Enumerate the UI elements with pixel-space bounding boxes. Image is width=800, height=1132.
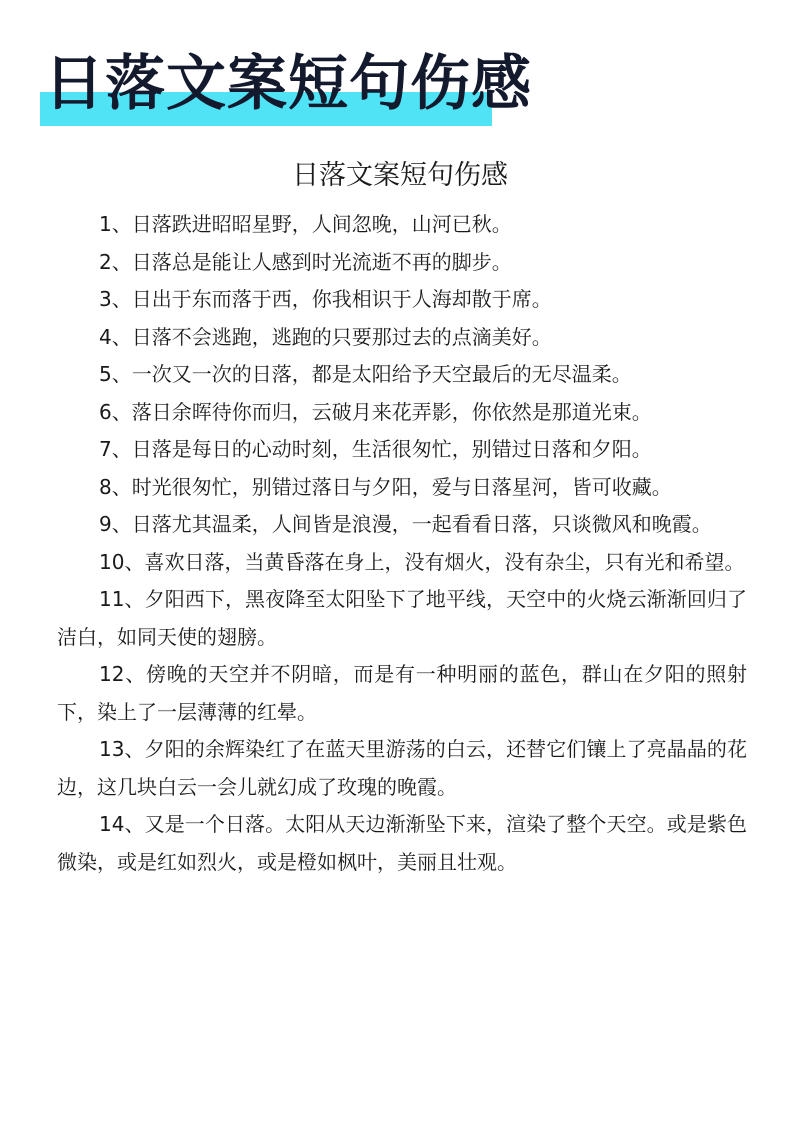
document-title: 日落文案短句伤感	[0, 158, 800, 194]
list-item: 9、日落尤其温柔，人间皆是浪漫，一起看看日落，只谈微风和晚霞。	[57, 506, 747, 544]
list-item: 2、日落总是能让人感到时光流逝不再的脚步。	[57, 244, 747, 282]
banner-title: 日落文案短句伤感	[44, 46, 532, 122]
title-banner: 日落文案短句伤感	[0, 38, 520, 138]
list-item: 5、一次又一次的日落，都是太阳给予天空最后的无尽温柔。	[57, 356, 747, 394]
list-item: 11、夕阳西下，黑夜降至太阳坠下了地平线，天空中的火烧云渐渐回归了洁白，如同天使…	[57, 581, 747, 656]
list-item: 6、落日余晖待你而归，云破月来花弄影，你依然是那道光束。	[57, 394, 747, 432]
list-item: 3、日出于东而落于西，你我相识于人海却散于席。	[57, 281, 747, 319]
list-item: 10、喜欢日落，当黄昏落在身上，没有烟火，没有杂尘，只有光和希望。	[57, 544, 747, 582]
list-item: 7、日落是每日的心动时刻，生活很匆忙，别错过日落和夕阳。	[57, 431, 747, 469]
list-item: 13、夕阳的余辉染红了在蓝天里游荡的白云，还替它们镶上了亮晶晶的花边，这几块白云…	[57, 731, 747, 806]
list-item: 4、日落不会逃跑，逃跑的只要那过去的点滴美好。	[57, 319, 747, 357]
list-item: 14、又是一个日落。太阳从天边渐渐坠下来，渲染了整个天空。或是紫色微染，或是红如…	[57, 806, 747, 881]
list-item: 12、傍晚的天空并不阴暗，而是有一种明丽的蓝色，群山在夕阳的照射下，染上了一层薄…	[57, 656, 747, 731]
document-body: 1、日落跌进昭昭星野，人间忽晚，山河已秋。 2、日落总是能让人感到时光流逝不再的…	[57, 206, 747, 881]
list-item: 8、时光很匆忙，别错过落日与夕阳，爱与日落星河，皆可收藏。	[57, 469, 747, 507]
list-item: 1、日落跌进昭昭星野，人间忽晚，山河已秋。	[57, 206, 747, 244]
